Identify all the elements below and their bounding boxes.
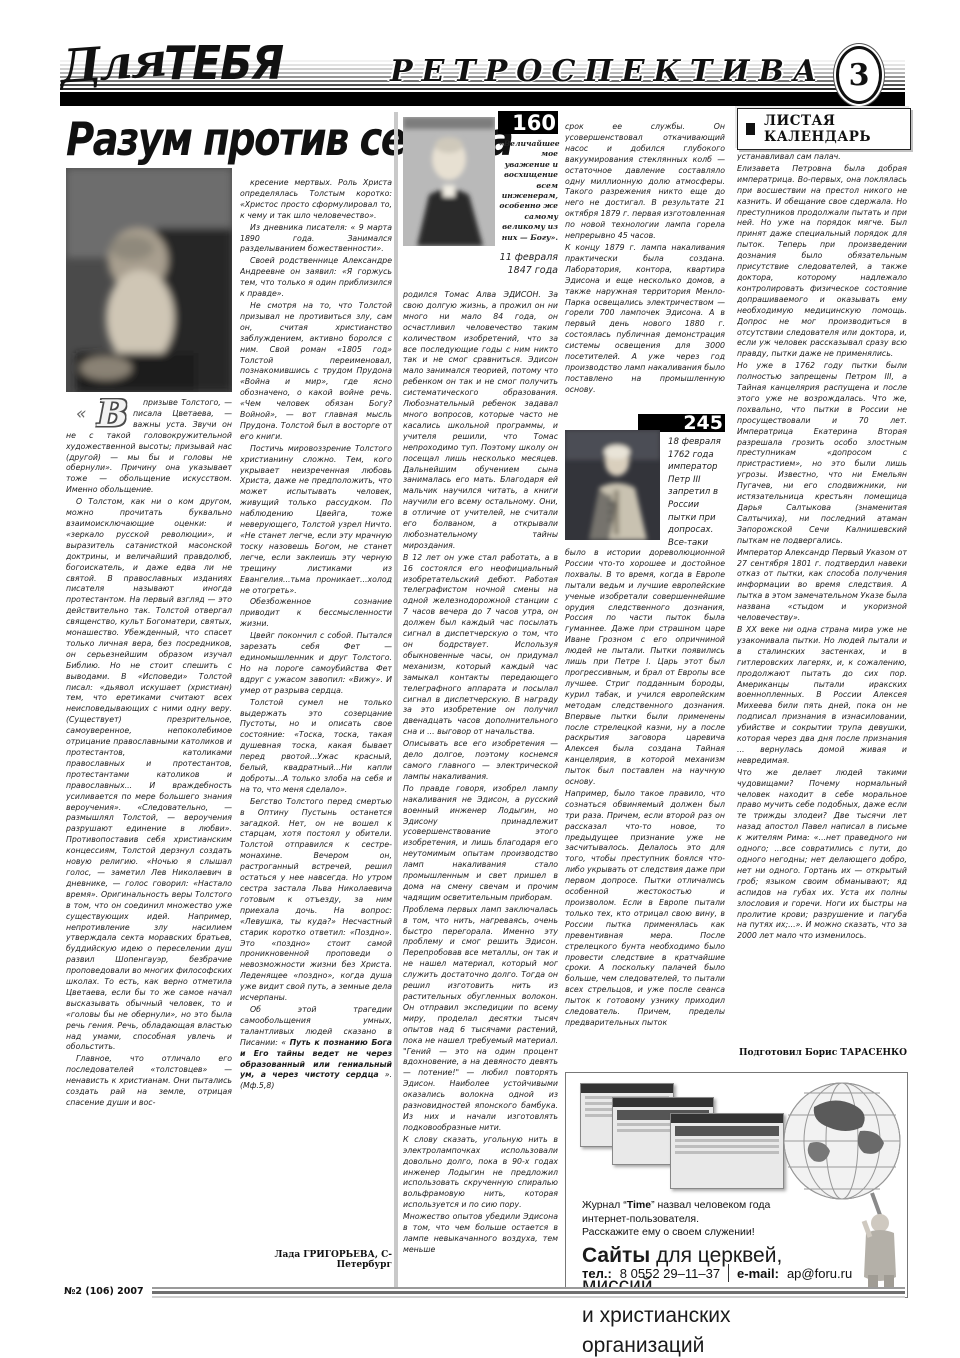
torture-column: было в истории дореволюционной России чт… bbox=[565, 548, 725, 1058]
tolstoy-byline: Лада ГРИГОРЬЕВА, С-Петербург bbox=[240, 1250, 392, 1270]
torture-paragraphs: было в истории дореволюционной России чт… bbox=[565, 548, 725, 1029]
ad-tel-value: 8 0552 29–11–37 bbox=[620, 1266, 720, 1281]
ad-headline-line2: и христианских организаций bbox=[582, 1304, 731, 1357]
tolstoy-column-2-paragraphs: кресение мертвых. Роль Христа определяла… bbox=[240, 178, 392, 1004]
paragraph: В XX веке ни одна страна мира уже не уза… bbox=[737, 625, 907, 767]
section-title: РЕТРОСПЕКТИВА bbox=[390, 54, 826, 89]
paragraph: О Толстом, как ни о ком другом, можно пр… bbox=[66, 497, 232, 1053]
paragraph: родился Томас Алва ЭДИСОН. За свою долгу… bbox=[403, 290, 558, 552]
paragraph: кресение мертвых. Роль Христа определяла… bbox=[240, 178, 392, 222]
paragraph: Описывать все его изобретения — дело дол… bbox=[403, 739, 558, 783]
paragraph: В 12 лет он уже стал работать, а в 16 со… bbox=[403, 553, 558, 738]
column-divider bbox=[394, 112, 398, 1288]
scripture-paragraph: Об этой трагедии самообольщения умных, т… bbox=[240, 1005, 392, 1092]
logo-script-text: Для bbox=[58, 32, 167, 93]
paragraph: Например, было такое правило, что сознат… bbox=[565, 789, 725, 1029]
ad-email-label: e-mail: bbox=[737, 1266, 779, 1281]
ad-box: Журнал “Time” назвал человеком года инте… bbox=[565, 1072, 908, 1298]
tolstoy-column-2: кресение мертвых. Роль Христа определяла… bbox=[240, 178, 392, 1244]
paragraph: было в истории дореволюционной России чт… bbox=[565, 548, 725, 788]
edison-paragraphs: родился Томас Алва ЭДИСОН. За свою долгу… bbox=[403, 290, 558, 1256]
globe-and-child-image bbox=[776, 1077, 904, 1293]
paragraph: Что же делает людей такими чудовищами? П… bbox=[737, 768, 907, 943]
ad-intro: Журнал “Time” назвал человеком года инте… bbox=[582, 1199, 802, 1240]
paragraph: Толстой сумел не только выдержать это со… bbox=[240, 698, 392, 796]
edison-continued-paragraphs: срок ее службы. Он усовершенствовал отка… bbox=[565, 122, 725, 396]
tolstoy-photo bbox=[66, 168, 232, 392]
calendar-column: устанавливал сам палач.Елизавета Петровн… bbox=[737, 152, 907, 1040]
calendar-byline: Подготовил Борис ТАРАСЕНКО bbox=[737, 1048, 907, 1058]
page-number: 3 bbox=[849, 58, 870, 93]
bullet-square-icon bbox=[746, 123, 755, 135]
paragraph: По правде говоря, изобрел лампу накалива… bbox=[403, 784, 558, 904]
logo-block-text: ТЕБЯ bbox=[164, 36, 283, 90]
paragraph: Но уже в 1762 году пытки были полностью … bbox=[737, 361, 907, 546]
ad-intro-line2: Расскажите ему о своем служении! bbox=[582, 1226, 755, 1238]
anniversary-badge-160: 160 bbox=[498, 111, 558, 134]
paragraph: Обезбоженное сознание приводит к бессмыс… bbox=[240, 597, 392, 630]
newspaper-page: Для ТЕБЯ РЕТРОСПЕКТИВА 3 Разум против се… bbox=[0, 0, 960, 1358]
calendar-header: ЛИСТАЯ КАЛЕНДАРЬ bbox=[737, 108, 911, 150]
ad-tel-label: тел.: bbox=[582, 1266, 612, 1281]
paragraph: срок ее службы. Он усовершенствовал отка… bbox=[565, 122, 725, 242]
paragraph: « В призыве Толстого, — писала Цветаева,… bbox=[66, 398, 232, 496]
paragraph: К слову сказать, угольную нить в электро… bbox=[403, 1135, 558, 1211]
paragraph: Проблема первых ламп заключалась в том, … bbox=[403, 905, 558, 1134]
edison-column: родился Томас Алва ЭДИСОН. За свою долгу… bbox=[403, 290, 558, 1282]
edison-continued-column: срок ее службы. Он усовершенствовал отка… bbox=[565, 122, 725, 434]
ad-intro-pre: Журнал “ bbox=[582, 1199, 627, 1211]
paragraph: Цвейг покончил с собой. Пытался зарезать… bbox=[240, 631, 392, 696]
paragraph: К концу 1879 г. лампа накаливания практи… bbox=[565, 243, 725, 396]
dropcap-quote: « bbox=[66, 407, 87, 421]
paragraph: Главное, что отличало его последователей… bbox=[66, 1054, 232, 1109]
newspaper-logo: Для ТЕБЯ bbox=[60, 36, 288, 106]
edison-date: 11 февраля 1847 года bbox=[494, 252, 558, 277]
paragraph: устанавливал сам палач. bbox=[737, 152, 907, 163]
paragraph: Своей родственнице Александре Андреевне … bbox=[240, 256, 392, 300]
peter-iii-portrait bbox=[565, 430, 660, 540]
edison-photo bbox=[403, 117, 495, 246]
calendar-header-label: ЛИСТАЯ КАЛЕНДАРЬ bbox=[764, 113, 902, 145]
badge-number: 245 bbox=[683, 412, 725, 434]
paragraph: Из дневника писателя: « 9 марта 1890 год… bbox=[240, 223, 392, 256]
page-number-badge: 3 bbox=[836, 46, 882, 104]
dropcap-letter: В bbox=[88, 399, 128, 429]
calendar-paragraphs: устанавливал сам палач.Елизавета Петровн… bbox=[737, 152, 907, 942]
ad-separator bbox=[728, 1264, 729, 1282]
tolstoy-column-1: « В призыве Толстого, — писала Цветаева,… bbox=[66, 398, 232, 1288]
issue-number: №2 (106) 2007 bbox=[64, 1286, 144, 1297]
paragraph: Елизавета Петровна была добрая императри… bbox=[737, 164, 907, 360]
paragraph: Множество опытов убедили Эдисона в том, … bbox=[403, 1212, 558, 1256]
paragraph: Постичь мировоззрение Толстого христиани… bbox=[240, 444, 392, 597]
paragraph: Не смотря на то, что Толстой призывал не… bbox=[240, 301, 392, 443]
paragraph: Император Александр Первый Указом от 27 … bbox=[737, 548, 907, 624]
edison-quote: «Величайшее мое уважение и восхищение вс… bbox=[499, 139, 558, 243]
ad-time-magazine: Time bbox=[627, 1199, 651, 1211]
badge-number: 160 bbox=[512, 111, 558, 135]
torture-photo-side-text: 18 февраля 1762 года император Петр III … bbox=[668, 436, 726, 549]
paragraph: Бегство Толстого перед смертью в Оптину … bbox=[240, 797, 392, 1004]
tolstoy-column-1-paragraphs: О Толстом, как ни о ком другом, можно пр… bbox=[66, 497, 232, 1109]
footer-rule bbox=[152, 1287, 905, 1298]
